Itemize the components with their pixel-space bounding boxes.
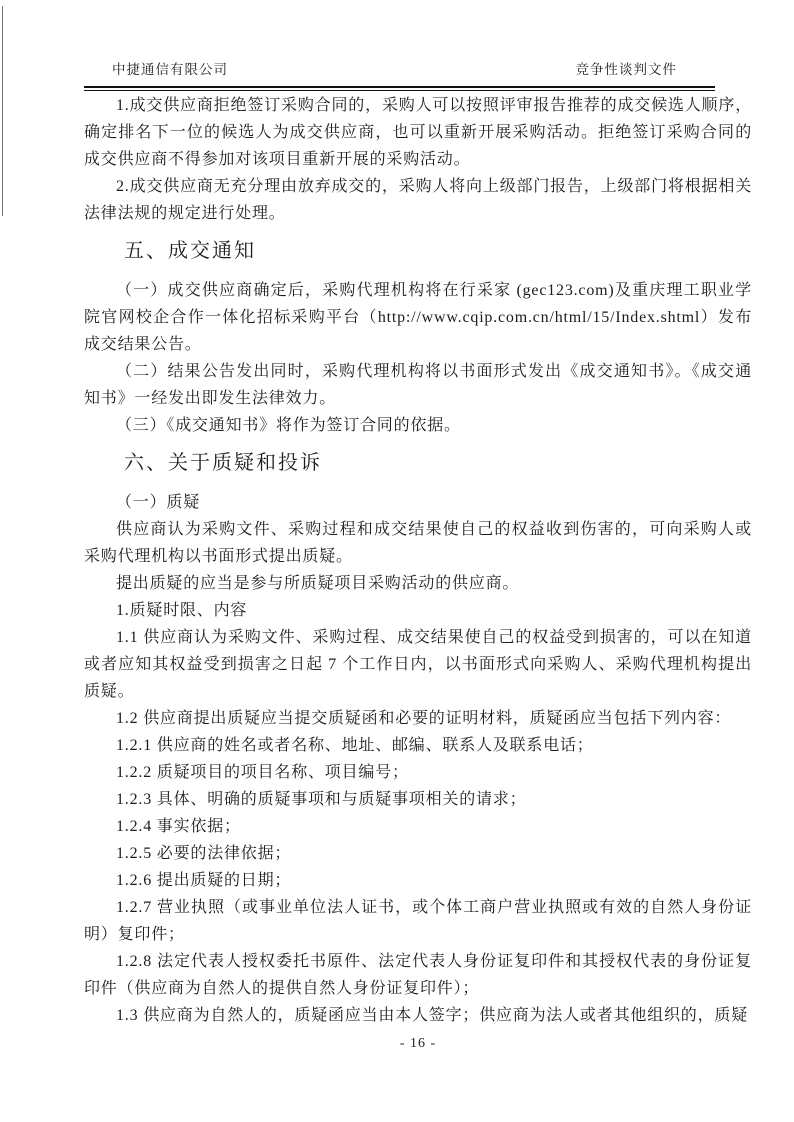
document-body: 1.成交供应商拒绝签订采购合同的，采购人可以按照评审报告推荐的成交候选人顺序，确… bbox=[84, 92, 752, 1029]
paragraph: 1.2.7 营业执照（或事业单位法人证书，或个体工商户营业执照或有效的自然人身份… bbox=[84, 894, 752, 948]
paragraph: 1.2.6 提出质疑的日期； bbox=[84, 867, 752, 894]
paragraph: 供应商认为采购文件、采购过程和成交结果使自己的权益收到伤害的，可向采购人或采购代… bbox=[84, 516, 752, 570]
paragraph: （三）《成交通知书》将作为签订合同的依据。 bbox=[84, 412, 752, 439]
paragraph: 1.2.2 质疑项目的项目名称、项目编号； bbox=[84, 759, 752, 786]
document-page: 中捷通信有限公司 竞争性谈判文件 1.成交供应商拒绝签订采购合同的，采购人可以按… bbox=[0, 0, 794, 1122]
paragraph: 1.3 供应商为自然人的，质疑函应当由本人签字；供应商为法人或者其他组织的，质疑 bbox=[84, 1002, 752, 1029]
paragraph: 1.2 供应商提出质疑应当提交质疑函和必要的证明材料，质疑函应当包括下列内容： bbox=[84, 705, 752, 732]
paragraph: 1.质疑时限、内容 bbox=[84, 597, 752, 624]
paragraph: 1.2.3 具体、明确的质疑事项和与质疑事项相关的请求； bbox=[84, 786, 752, 813]
page-header: 中捷通信有限公司 竞争性谈判文件 bbox=[84, 58, 715, 78]
scan-artifact-line bbox=[2, 6, 3, 216]
section-heading: 五、成交通知 bbox=[84, 237, 752, 265]
paragraph: 1.2.1 供应商的姓名或者名称、地址、邮编、联系人及联系电话； bbox=[84, 732, 752, 759]
paragraph: （一）成交供应商确定后，采购代理机构将在行采家 (gec123.com)及重庆理… bbox=[84, 277, 752, 358]
paragraph: 2.成交供应商无充分理由放弃成交的，采购人将向上级部门报告，上级部门将根据相关法… bbox=[84, 173, 752, 227]
paragraph: （二）结果公告发出同时，采购代理机构将以书面形式发出《成交通知书》。《成交通知书… bbox=[84, 358, 752, 412]
page-footer: - 16 - bbox=[84, 1036, 752, 1052]
header-double-rule bbox=[84, 86, 715, 91]
paragraph: 1.成交供应商拒绝签订采购合同的，采购人可以按照评审报告推荐的成交候选人顺序，确… bbox=[84, 92, 752, 173]
paragraph: 1.1 供应商认为采购文件、采购过程、成交结果使自己的权益受到损害的，可以在知道… bbox=[84, 624, 752, 705]
paragraph: 1.2.5 必要的法律依据； bbox=[84, 840, 752, 867]
paragraph: （一）质疑 bbox=[84, 489, 752, 516]
paragraph: 1.2.4 事实依据； bbox=[84, 813, 752, 840]
page-number: - 16 - bbox=[400, 1036, 436, 1051]
section-heading: 六、关于质疑和投诉 bbox=[84, 449, 752, 477]
paragraph: 提出质疑的应当是参与所质疑项目采购活动的供应商。 bbox=[84, 570, 752, 597]
paragraph: 1.2.8 法定代表人授权委托书原件、法定代表人身份证复印件和其授权代表的身份证… bbox=[84, 948, 752, 1002]
header-doc-type: 竞争性谈判文件 bbox=[576, 58, 716, 78]
header-company-name: 中捷通信有限公司 bbox=[84, 58, 228, 78]
